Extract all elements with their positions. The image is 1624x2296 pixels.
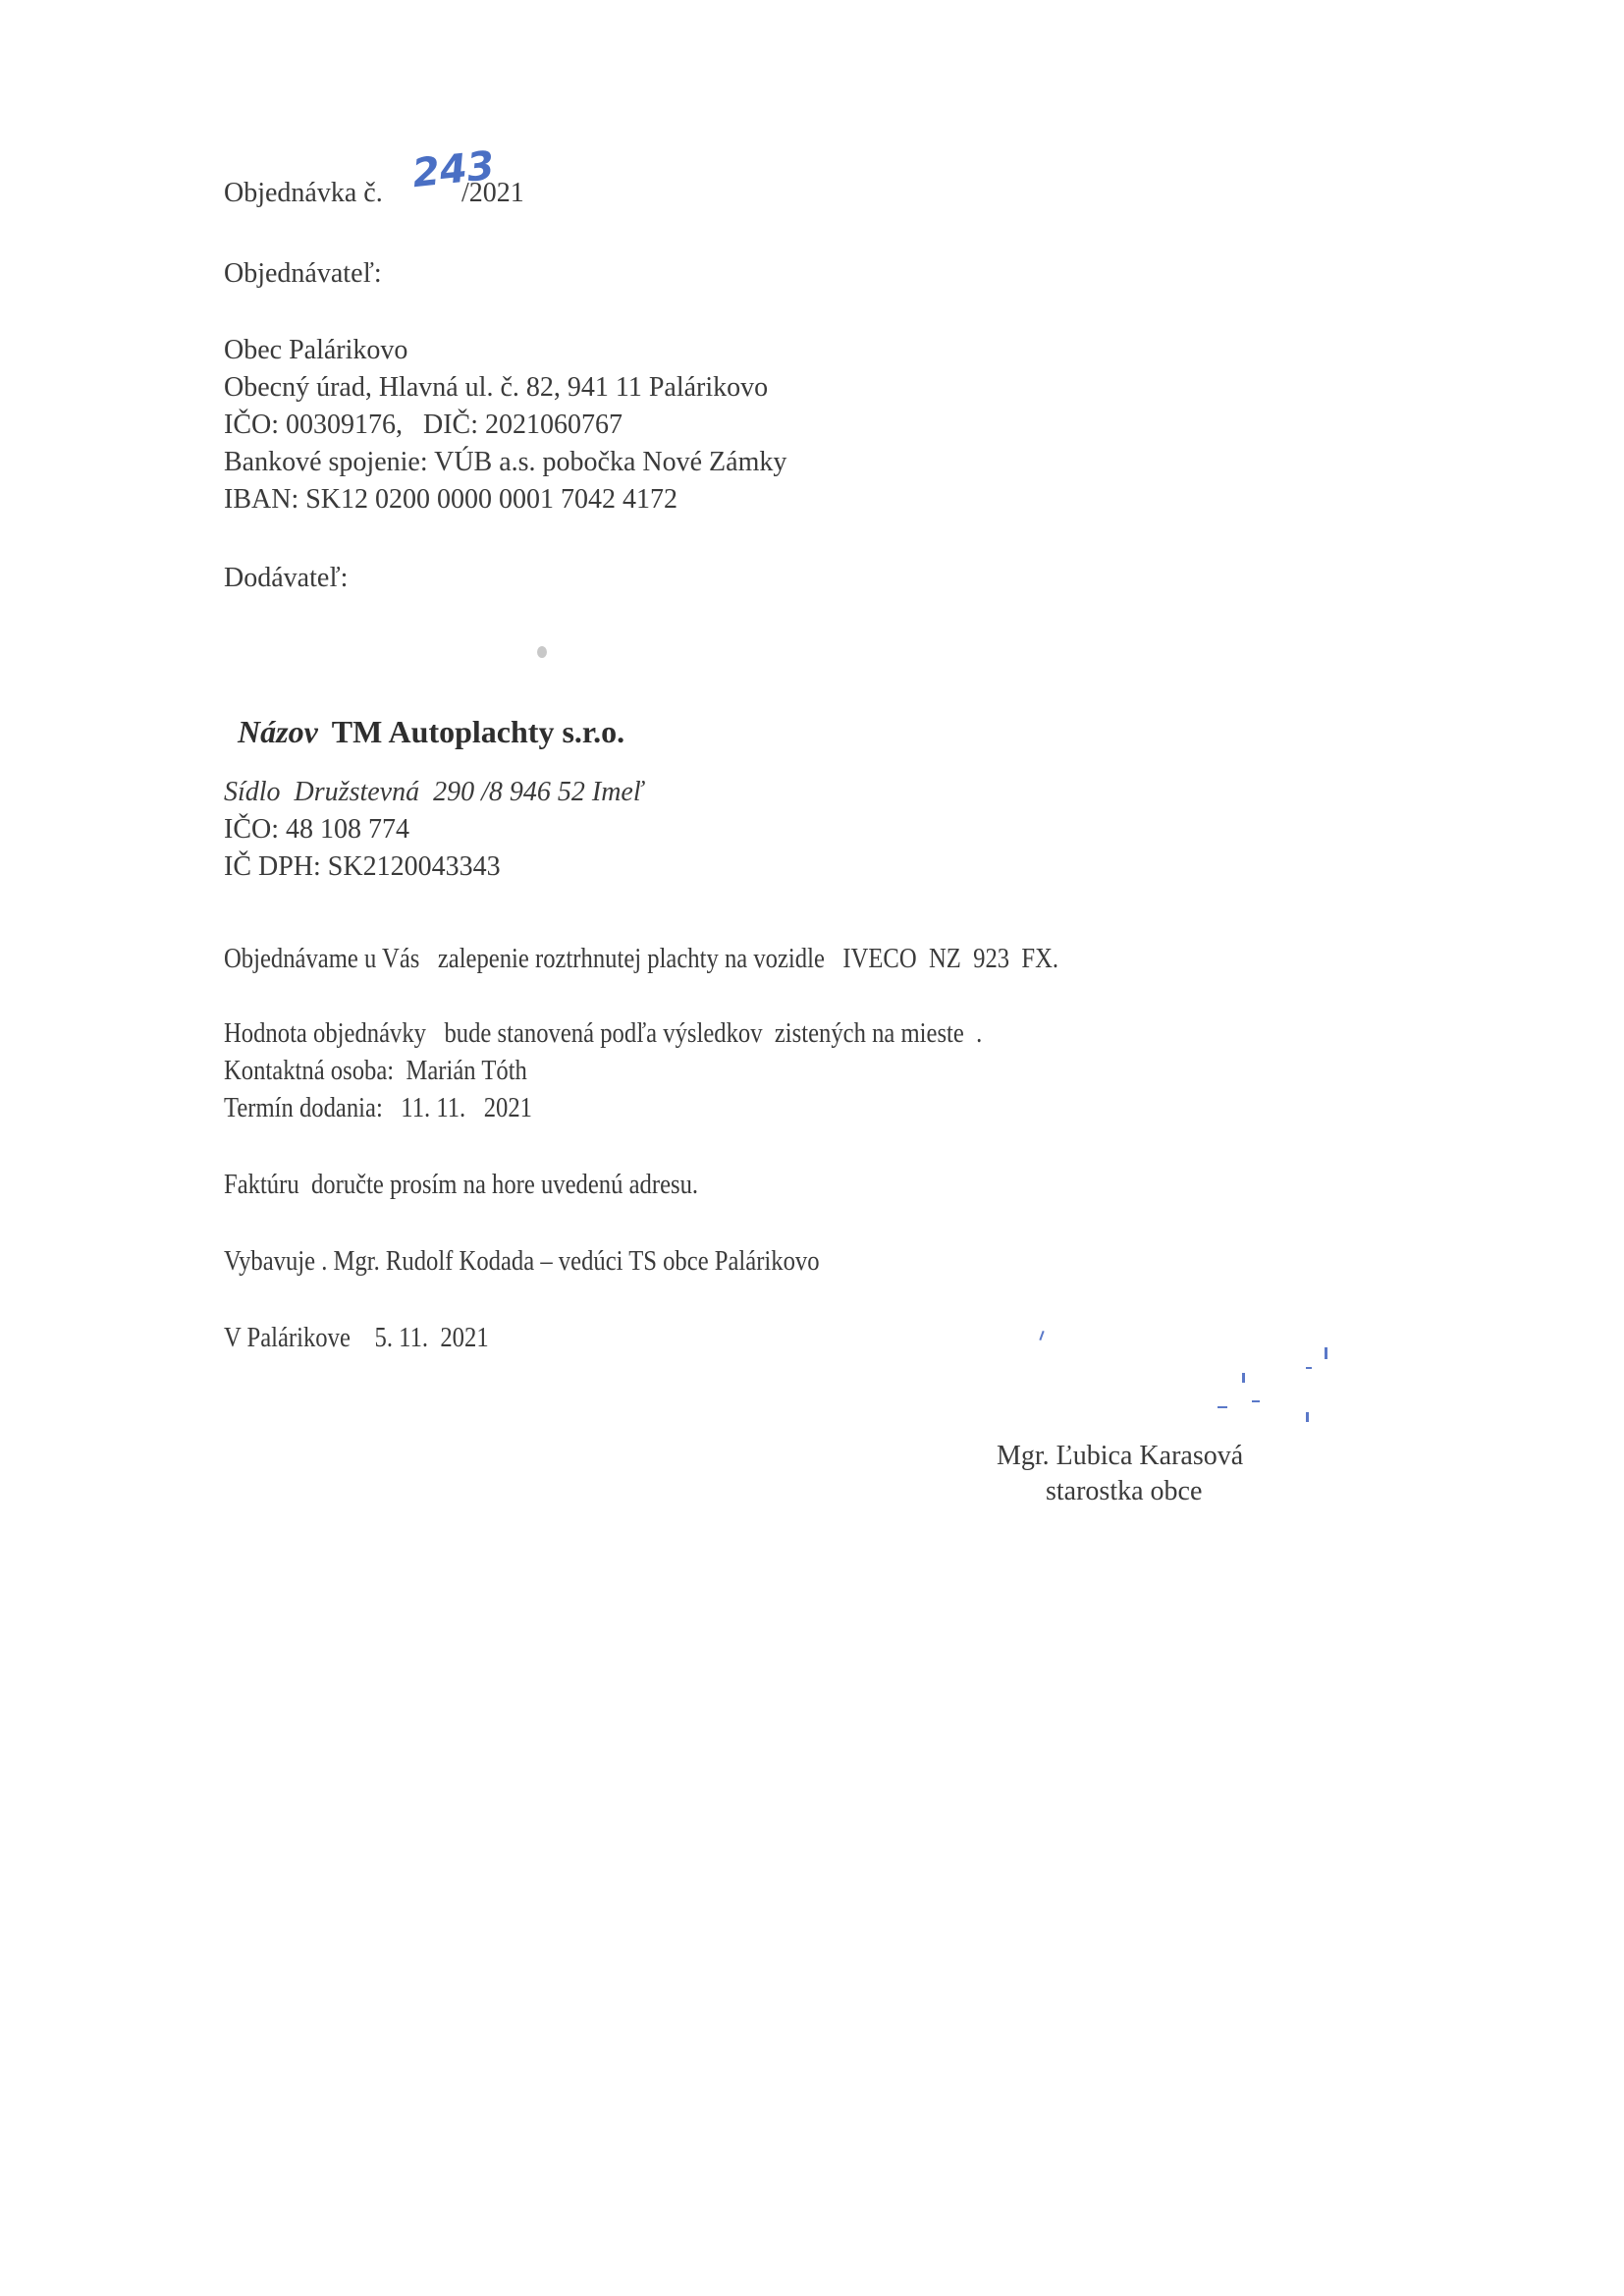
order-title-suffix: /2021	[461, 177, 524, 210]
order-value-text: Hodnota objednávky bude stanovená podľa …	[224, 1017, 982, 1051]
order-title-prefix: Objednávka č.	[224, 177, 383, 210]
supplier-ico: IČO: 48 108 774	[224, 813, 409, 847]
signatory-name: Mgr. Ľubica Karasová	[997, 1440, 1243, 1473]
supplier-seat: Sídlo Družstevná 290 /8 946 52 Imeľ	[224, 776, 643, 809]
customer-ids: IČO: 00309176, DIČ: 2021060767	[224, 409, 623, 442]
signatory-role: starostka obce	[1046, 1475, 1202, 1508]
supplier-name-row: Názov TM Autoplachty s.r.o.	[224, 682, 624, 751]
scan-speck	[537, 646, 547, 658]
customer-address: Obecný úrad, Hlavná ul. č. 82, 941 11 Pa…	[224, 371, 768, 405]
place-and-date: V Palárikove 5. 11. 2021	[224, 1322, 489, 1355]
order-text: Objednávame u Vás zalepenie roztrhnutej …	[224, 943, 1058, 976]
contact-person: Kontaktná osoba: Marián Tóth	[224, 1055, 527, 1088]
supplier-vat-id: IČ DPH: SK2120043343	[224, 850, 501, 884]
delivery-date: Termín dodania: 11. 11. 2021	[224, 1092, 532, 1125]
supplier-name: TM Autoplachty s.r.o.	[332, 714, 624, 749]
customer-heading: Objednávateľ:	[224, 257, 382, 291]
handled-by: Vybavuje . Mgr. Rudolf Kodada – vedúci T…	[224, 1245, 820, 1279]
supplier-heading: Dodávateľ:	[224, 562, 348, 595]
supplier-name-label: Názov	[238, 714, 318, 749]
customer-name: Obec Palárikovo	[224, 334, 407, 367]
customer-bank: Bankové spojenie: VÚB a.s. pobočka Nové …	[224, 446, 786, 479]
invoice-note: Faktúru doručte prosím na hore uvedenú a…	[224, 1169, 698, 1202]
customer-iban: IBAN: SK12 0200 0000 0001 7042 4172	[224, 483, 677, 517]
